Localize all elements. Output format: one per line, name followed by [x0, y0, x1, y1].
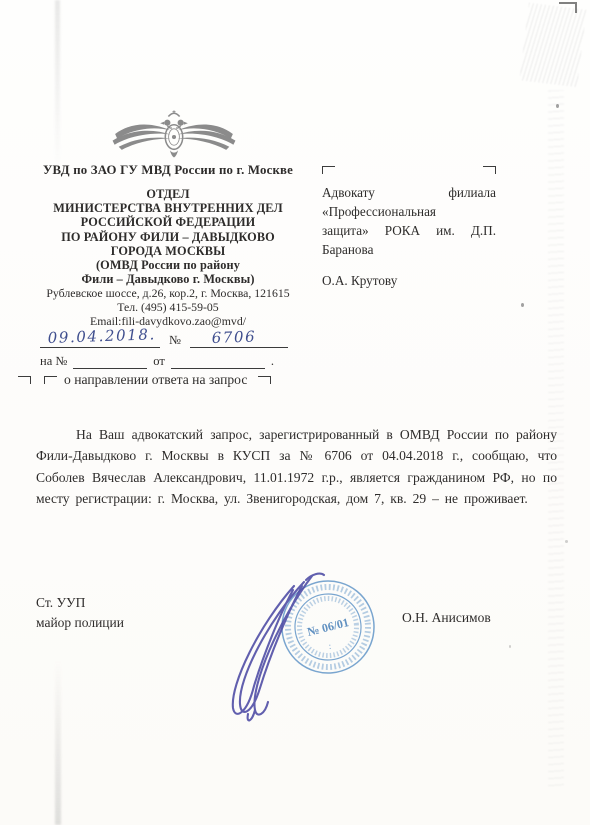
date-underline: 09.04.2018. [40, 331, 160, 348]
sender-name-line: МИНИСТЕРСТВА ВНУТРЕННИХ ДЕЛ [20, 201, 316, 215]
recipient-name: О.А. Крутову [322, 271, 496, 290]
recipient-block: Адвокату филиала «Профессиональная защит… [322, 166, 496, 290]
sender-email: Email:fili-davydkovo.zao@mvd/ [20, 314, 316, 328]
sender-address: Рублевское шоссе, д.26, кор.2, г. Москва… [20, 286, 316, 300]
sender-name-line: Фили – Давыдково г. Москвы) [20, 272, 316, 286]
sender-name-line: ГОРОДА МОСКВЫ [20, 244, 316, 258]
reference-incoming-row: на № от . [40, 352, 274, 369]
corner-bracket-icon [483, 166, 496, 174]
signoff-rank-line: майор полиции [36, 613, 124, 633]
na-number-label: на № [40, 354, 67, 369]
recipient-line: «Профессиональная [322, 202, 496, 221]
recipient-line: Баранова [322, 240, 496, 259]
corner-bracket-icon [18, 376, 31, 384]
scanned-letter-page: УВД по ЗАО ГУ МВД России по г. Москве ОТ… [0, 0, 590, 825]
corner-bracket-icon [322, 166, 335, 174]
body-paragraph: На Ваш адвокатский запрос, зарегистриров… [36, 424, 557, 510]
ot-label: от [153, 354, 165, 369]
mvd-eagle-emblem-icon [110, 109, 238, 163]
recipient-corner-marks [322, 166, 496, 174]
scan-streak [55, 660, 61, 825]
handwritten-date: 09.04.2018. [47, 325, 156, 347]
blank-underline [73, 352, 147, 369]
reference-date-number-row: 09.04.2018. № 6706 [40, 331, 288, 348]
sender-name-line: РОССИЙСКОЙ ФЕДЕРАЦИИ [20, 215, 316, 229]
signoff-rank-line: Ст. УУП [36, 593, 124, 613]
sender-name-line: ОТДЕЛ [20, 187, 316, 201]
blank-underline [171, 352, 265, 369]
number-underline: 6706 [190, 331, 288, 348]
scan-smudge [519, 3, 586, 87]
signoff-rank: Ст. УУП майор полиции [36, 593, 124, 632]
sender-phone: Тел. (495) 415-59-05 [20, 300, 316, 314]
sender-block: ОТДЕЛ МИНИСТЕРСТВА ВНУТРЕННИХ ДЕЛ РОССИЙ… [20, 187, 316, 328]
recipient-line: защита» РОКА им. Д.П. [322, 221, 496, 240]
recipient-line: Адвокату филиала [322, 183, 496, 202]
subject-text: о направлении ответа на запрос [64, 372, 247, 388]
scan-speck [509, 645, 511, 648]
subject-line: о направлении ответа на запрос [18, 372, 271, 388]
scan-corner-mark [559, 2, 577, 13]
scan-speck [556, 104, 559, 108]
handwritten-number: 6706 [211, 327, 256, 347]
corner-bracket-icon [44, 376, 57, 384]
signoff-name: О.Н. Анисимов [402, 610, 491, 626]
sender-name-line: ПО РАЙОНУ ФИЛИ – ДАВЫДКОВО [20, 230, 316, 244]
number-sign: № [169, 333, 181, 348]
scan-speck [521, 303, 524, 307]
sender-name-line: (ОМВД России по району [20, 258, 316, 272]
corner-bracket-icon [258, 376, 271, 384]
scan-speck [565, 540, 568, 543]
pen-signature [208, 566, 338, 726]
period-mark: . [271, 354, 274, 369]
org-header-line: УВД по ЗАО ГУ МВД России по г. Москве [20, 163, 316, 178]
scan-streak [55, 0, 60, 170]
